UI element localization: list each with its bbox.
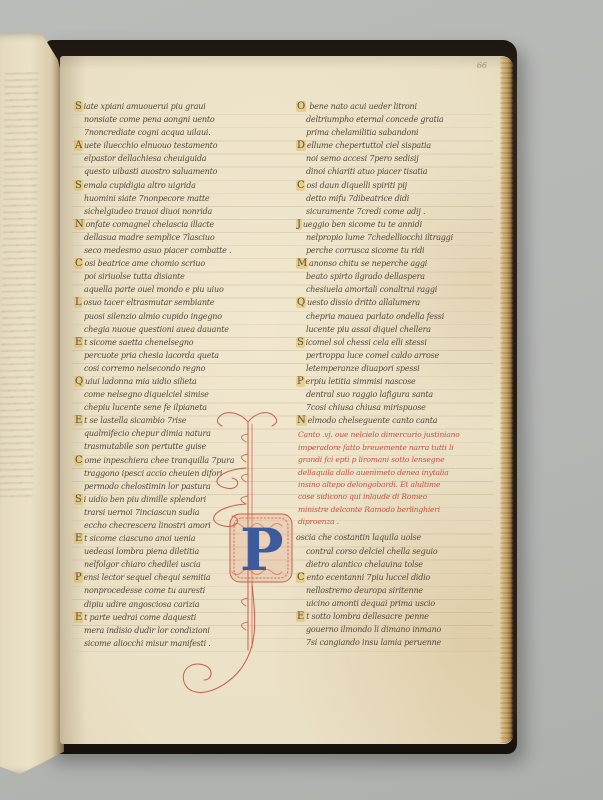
- tercet-initial: E: [74, 533, 83, 544]
- verse-line: Perpiu letitia simmisi nascose: [296, 375, 510, 388]
- tercet-initial: C: [74, 455, 83, 466]
- tercet-initial: S: [74, 101, 83, 112]
- verse-line: Manonso chitu se neperche aggi: [296, 257, 510, 270]
- tercet-initial: S: [74, 494, 83, 505]
- verse-line: 7noncrediate cogni acqua uilaui.: [74, 126, 298, 139]
- verse-line: Et sicome ciascuno anoi uenia: [74, 532, 298, 545]
- verse-line: Semala cupidigia altro uigrida: [74, 179, 298, 192]
- verse-line: sichelgiudeo trauoi diuoi nonrida: [74, 205, 298, 218]
- tercet: Et sotto lombra dellesacre pennegouerno …: [296, 610, 510, 649]
- tercet: Cento ecentanni 7piu luccel didionellost…: [296, 571, 510, 610]
- tercet: Siate xpiani amuouerui piu grauinonsiate…: [74, 100, 298, 139]
- verse-line: dietro alantico chelauina tolse: [296, 558, 510, 571]
- photo-background: 66 Siate xpiani amuouerui piu grauinonsi…: [0, 0, 603, 800]
- verse-line: Auete iluecchio elnuouo testamento: [74, 139, 298, 152]
- tercet: oscia che costantin laquila uolsecontral…: [296, 531, 510, 570]
- verse-line: chepria mauea parlato ondella fessi: [296, 310, 510, 323]
- tercet: Et sicome ciascuno anoi ueniauedeasi lom…: [74, 532, 298, 571]
- verse-line: nelfolgor chiaro chedilei uscia: [74, 558, 298, 571]
- rubric-line: ministre delconte Ramodo berlinghieri: [296, 504, 510, 516]
- verse-line: seco medesmo asuo piacer combatte .: [74, 244, 298, 257]
- verse-line: Cento ecentanni 7piu luccel didio: [296, 571, 510, 584]
- rubric-line: dellaquila dallo auenimeto denea inytali…: [296, 467, 510, 479]
- verse-line: aquella parte ouel mondo e piu uiuo: [74, 283, 298, 296]
- rubric-line: imperadore fatto breuemente narra tutti …: [296, 442, 510, 454]
- verse-line: Et se lastella sicambio 7rise: [74, 414, 298, 427]
- verse-line: elpastor dellachiesa cheuiguida: [74, 152, 298, 165]
- verse-line: cosi corremo nelsecondo regno: [74, 362, 298, 375]
- verse-line: trarsi uernoi 7inciascun sudia: [74, 506, 298, 519]
- tercet-initial: E: [74, 337, 83, 348]
- verse-line: permodo chelostimin lor pastura: [74, 480, 298, 493]
- verse-line: Nonfate comagnel chelascia illacte: [74, 218, 298, 231]
- tercet: Semala cupidigia altro uigridahuomini si…: [74, 179, 298, 218]
- rubric-canto-vi: Canto .vj. oue nelcielo dimercurio justi…: [296, 429, 510, 528]
- canto-vi-opening: oscia che costantin laquila uolsecontral…: [296, 531, 510, 649]
- tercet-initial: S: [296, 337, 305, 348]
- folio-number: 66: [477, 61, 487, 70]
- tercet-initial: N: [74, 219, 85, 230]
- tercet: Nonfate comagnel chelascia illactedellas…: [74, 218, 298, 257]
- rubric-line: diproenza .: [296, 516, 510, 528]
- tercet: Manonso chitu se neperche aggibeato spir…: [296, 257, 510, 296]
- verse-line: sicome aliocchi misur manifesti .: [74, 637, 298, 650]
- tercet-initial: S: [74, 180, 83, 191]
- verse-line: Sicomel sol chessi cela elli stessi: [296, 336, 510, 349]
- verse-line: Jueggio ben sicome tu te annidi: [296, 218, 510, 231]
- tercet-initial: J: [296, 219, 302, 230]
- verse-line: qualmifecio chepur dimia natura: [74, 427, 298, 440]
- tercet: Come inpeschiera chee tranquilla 7puratr…: [74, 454, 298, 493]
- verse-line: mera indisio dudir lor condizioni: [74, 624, 298, 637]
- verse-line: uedeasi lombra piena diletitia: [74, 545, 298, 558]
- tercet: Cosi beatrice ame chomio scriuopoi siriu…: [74, 257, 298, 296]
- tercet-initial: P: [296, 376, 305, 387]
- verse-line: nellostremo deuropa siritenne: [296, 584, 510, 597]
- verse-line: percuote pria chesia lacorda queta: [74, 349, 298, 362]
- tercet: Jueggio ben sicome tu te annidinelpropio…: [296, 218, 510, 257]
- facing-page-showthrough-text: [0, 68, 39, 498]
- verse-line: deltriumpho eternal concede gratia: [296, 113, 510, 126]
- verse-line: Questo dissio dritto allalumera: [296, 296, 510, 309]
- verse-line: letemperanze diuapori spessi: [296, 362, 510, 375]
- verse-line: nonsiate come pena aongni uento: [74, 113, 298, 126]
- verse-line: eccho checrescera linostri amori: [74, 519, 298, 532]
- rubric-line: cose sidicono qui inlaude di Romeo: [296, 491, 510, 503]
- tercet-initial: E: [74, 612, 83, 623]
- verse-line: contral corso delciel chella seguio: [296, 545, 510, 558]
- verse-line: Quiui ladonna mia uidio silieta: [74, 375, 298, 388]
- tercet: Perpiu letitia simmisi nascosedentral su…: [296, 375, 510, 414]
- tercet-initial: P: [74, 572, 83, 583]
- verse-line: beato spirto ilgrado dellaspera: [296, 270, 510, 283]
- tercet: Pensi lector sequel chequi semitianonpro…: [74, 571, 298, 610]
- tercet: Quiui ladonna mia uidio silietacome nels…: [74, 375, 298, 414]
- verse-line: Nelmodo chelseguente canto canta: [296, 414, 510, 427]
- tercet-initial: Q: [296, 297, 306, 308]
- verse-line: poi siriuolse tutta disiante: [74, 270, 298, 283]
- verse-line: 7si cangiando insu lamia peruenne: [296, 636, 510, 649]
- tercet-initial: N: [296, 415, 307, 426]
- tercet-initial: C: [296, 180, 305, 191]
- verse-line: dinoi chiariti atuo piacer tisatia: [296, 165, 510, 178]
- tercet: Cosi daun diquelli spiriti pijdetto mifu…: [296, 179, 510, 218]
- verse-line: puosi silenzio almio cupido ingegno: [74, 310, 298, 323]
- verse-line: Come inpeschiera chee tranquilla 7pura: [74, 454, 298, 467]
- verse-line: traggono ipesci accio cheuien difori: [74, 467, 298, 480]
- verse-line: Si uidio ben piu dimille splendori: [74, 493, 298, 506]
- verse-line: Et sotto lombra dellesacre penne: [296, 610, 510, 623]
- verse-line: Et parte uedrai come daquesti: [74, 611, 298, 624]
- tercet: Questo dissio dritto allalumerachepria m…: [296, 296, 510, 335]
- verse-line: prima chelamilitia sabandoni: [296, 126, 510, 139]
- verse-line: trasmutabile son pertutte guise: [74, 440, 298, 453]
- verse-line: dentral suo raggio lafigura santa: [296, 388, 510, 401]
- rubric-line: Canto .vj. oue nelcielo dimercurio justi…: [296, 429, 510, 441]
- tercet: Losuo tacer eltrasmutar sembiantepuosi s…: [74, 296, 298, 335]
- verse-line: chesiuela amortali conaltrui raggi: [296, 283, 510, 296]
- verse-line: chegia nuoue questioni auea dauante: [74, 323, 298, 336]
- verse-line: 7cosi chiusa chiusa mirispuose: [296, 401, 510, 414]
- verse-line: Et sicome saetta chenelsegno: [74, 336, 298, 349]
- tercet: Et parte uedrai come daquestimera indisi…: [74, 611, 298, 650]
- tercet-initial: E: [296, 611, 305, 622]
- verse-line: dellasua madre semplice 7lasciuo: [74, 231, 298, 244]
- verse-line: questo uibasti auostro saluamento: [74, 165, 298, 178]
- tercet: Auete iluecchio elnuouo testamentoelpast…: [74, 139, 298, 178]
- tercet-initial: M: [296, 258, 308, 269]
- verse-line: perche corrusca sicome tu ridi: [296, 244, 510, 257]
- tercet-initial: C: [296, 572, 305, 583]
- tercet-initial: A: [74, 140, 83, 151]
- facing-page-edge: [0, 34, 66, 774]
- rubric-line: grandi fci epti p liromani sotto lensegn…: [296, 454, 510, 466]
- verse-line: nelpropio lume 7chedelliocchi iltraggi: [296, 231, 510, 244]
- verse-line: lucente piu assai diquel chellera: [296, 323, 510, 336]
- tercet: Dellume chepertuttol ciel sispatianoi se…: [296, 139, 510, 178]
- tercet-initial: O: [296, 101, 306, 112]
- verse-line: Siate xpiani amuouerui piu graui: [74, 100, 298, 113]
- verse-line: nonprocedesse come tu auresti: [74, 584, 298, 597]
- tercet: Nelmodo chelseguente canto canta: [296, 414, 510, 427]
- verse-line: chepiu lucente sene fe ilpianeta: [74, 401, 298, 414]
- verse-line: Pensi lector sequel chequi semitia: [74, 571, 298, 584]
- text-column-right: O bene nato acui ueder litronideltriumph…: [296, 100, 510, 649]
- verse-line: dipiu udire angosciosa carizia: [74, 598, 298, 611]
- tercet: O bene nato acui ueder litronideltriumph…: [296, 100, 510, 139]
- verse-line: O bene nato acui ueder litroni: [296, 100, 510, 113]
- verse-line: noi semo accesi 7pero sedisij: [296, 152, 510, 165]
- verse-line: Cosi daun diquelli spiriti pij: [296, 179, 510, 192]
- manuscript-page: 66 Siate xpiani amuouerui piu grauinonsi…: [60, 56, 513, 744]
- rubric-line: insino altepo delongobardi. Et alultime: [296, 479, 510, 491]
- tercet: Et se lastella sicambio 7risequalmifecio…: [74, 414, 298, 453]
- verse-line: gouerno ilmondo li dimano inmano: [296, 623, 510, 636]
- tercet-initial: Q: [74, 376, 84, 387]
- tercet-initial: C: [74, 258, 83, 269]
- verse-line: oscia che costantin laquila uolse: [296, 531, 510, 544]
- verse-line: uicino amonti dequai prima uscio: [296, 597, 510, 610]
- verse-line: Cosi beatrice ame chomio scriuo: [74, 257, 298, 270]
- verse-line: Dellume chepertuttol ciel sispatia: [296, 139, 510, 152]
- tercet-initial: L: [74, 297, 82, 308]
- verse-line: detto mifu 7dibeatrice didi: [296, 192, 510, 205]
- tercet: Si uidio ben piu dimille splendoritrarsi…: [74, 493, 298, 532]
- verse-line: huomini siate 7nonpecore matte: [74, 192, 298, 205]
- tercet-initial: D: [296, 140, 306, 151]
- tercet-initial: E: [74, 415, 83, 426]
- verse-line: Losuo tacer eltrasmutar sembiante: [74, 296, 298, 309]
- verse-line: pertroppa luce comel caldo arrose: [296, 349, 510, 362]
- tercet: Sicomel sol chessi cela elli stessipertr…: [296, 336, 510, 375]
- canto-v-ending: O bene nato acui ueder litronideltriumph…: [296, 100, 510, 427]
- verse-line: sicuramente 7credi come adij .: [296, 205, 510, 218]
- tercet: Et sicome saetta chenelsegnopercuote pri…: [74, 336, 298, 375]
- verse-line: come nelsegno diquelciel simise: [74, 388, 298, 401]
- text-column-left: Siate xpiani amuouerui piu grauinonsiate…: [74, 100, 298, 650]
